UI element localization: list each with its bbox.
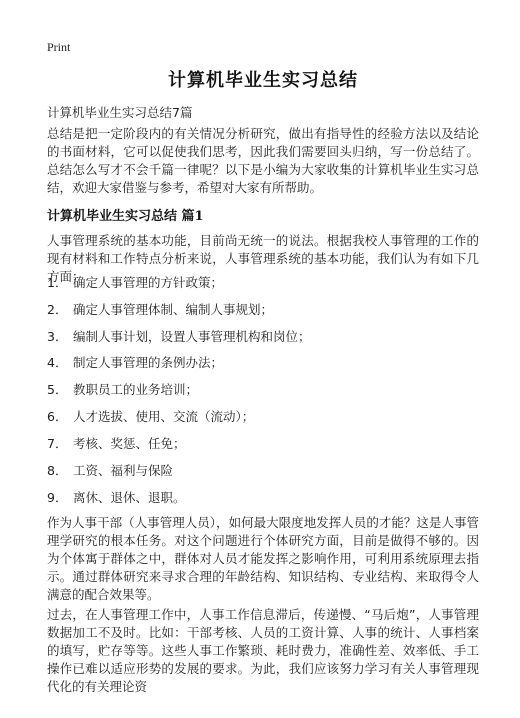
- list-text: 确定人事管理体制、编制人事规划；: [73, 302, 273, 317]
- list-item: 5．教职员工的业务培训；: [47, 380, 198, 398]
- section-heading: 计算机毕业生实习总结 篇1: [47, 205, 204, 224]
- list-text: 考核、奖惩、任免；: [73, 436, 186, 451]
- list-text: 确定人事管理的方针政策；: [73, 275, 223, 290]
- list-item: 6．人才选拔、使用、交流（流动）；: [47, 407, 254, 425]
- list-item: 2．确定人事管理体制、编制人事规划；: [47, 300, 273, 318]
- document-subtitle: 计算机毕业生实习总结7篇: [47, 103, 192, 121]
- list-number: 1．: [47, 273, 73, 291]
- list-item: 3．编制人事计划，设置人事管理机构和岗位；: [47, 327, 311, 345]
- list-number: 2．: [47, 300, 73, 318]
- body-paragraph: 作为人事干部（人事管理人员），如何最大限度地发挥人员的才能？这是人事管理学研究的…: [47, 514, 479, 604]
- list-item: 4．制定人事管理的条例办法；: [47, 353, 223, 371]
- list-text: 制定人事管理的条例办法；: [73, 355, 223, 370]
- list-number: 6．: [47, 407, 73, 425]
- list-number: 7．: [47, 434, 73, 452]
- list-text: 编制人事计划，设置人事管理机构和岗位；: [73, 329, 311, 344]
- list-item: 9．离休、退休、退职。: [47, 488, 186, 506]
- list-number: 9．: [47, 488, 73, 506]
- list-text: 工资、福利与保险: [73, 463, 173, 478]
- list-text: 教职员工的业务培训；: [73, 382, 198, 397]
- list-number: 3．: [47, 327, 73, 345]
- list-text: 人才选拔、使用、交流（流动）；: [73, 409, 254, 424]
- document-title: 计算机毕业生实习总结: [47, 66, 479, 92]
- list-item: 1．确定人事管理的方针政策；: [47, 273, 223, 291]
- list-number: 8．: [47, 461, 73, 479]
- list-number: 5．: [47, 380, 73, 398]
- list-number: 4．: [47, 353, 73, 371]
- list-text: 离休、退休、退职。: [73, 490, 186, 505]
- print-label: Print: [47, 40, 70, 55]
- body-paragraph: 过去，在人事管理工作中，人事工作信息滞后，传递慢、“马后炮”，人事管理数据加工不…: [47, 606, 479, 696]
- list-item: 8．工资、福利与保险: [47, 461, 173, 479]
- list-item: 7．考核、奖惩、任免；: [47, 434, 186, 452]
- intro-paragraph: 总结是把一定阶段内的有关情况分析研究，做出有指导性的经验方法以及结论的书面材料，…: [47, 125, 479, 197]
